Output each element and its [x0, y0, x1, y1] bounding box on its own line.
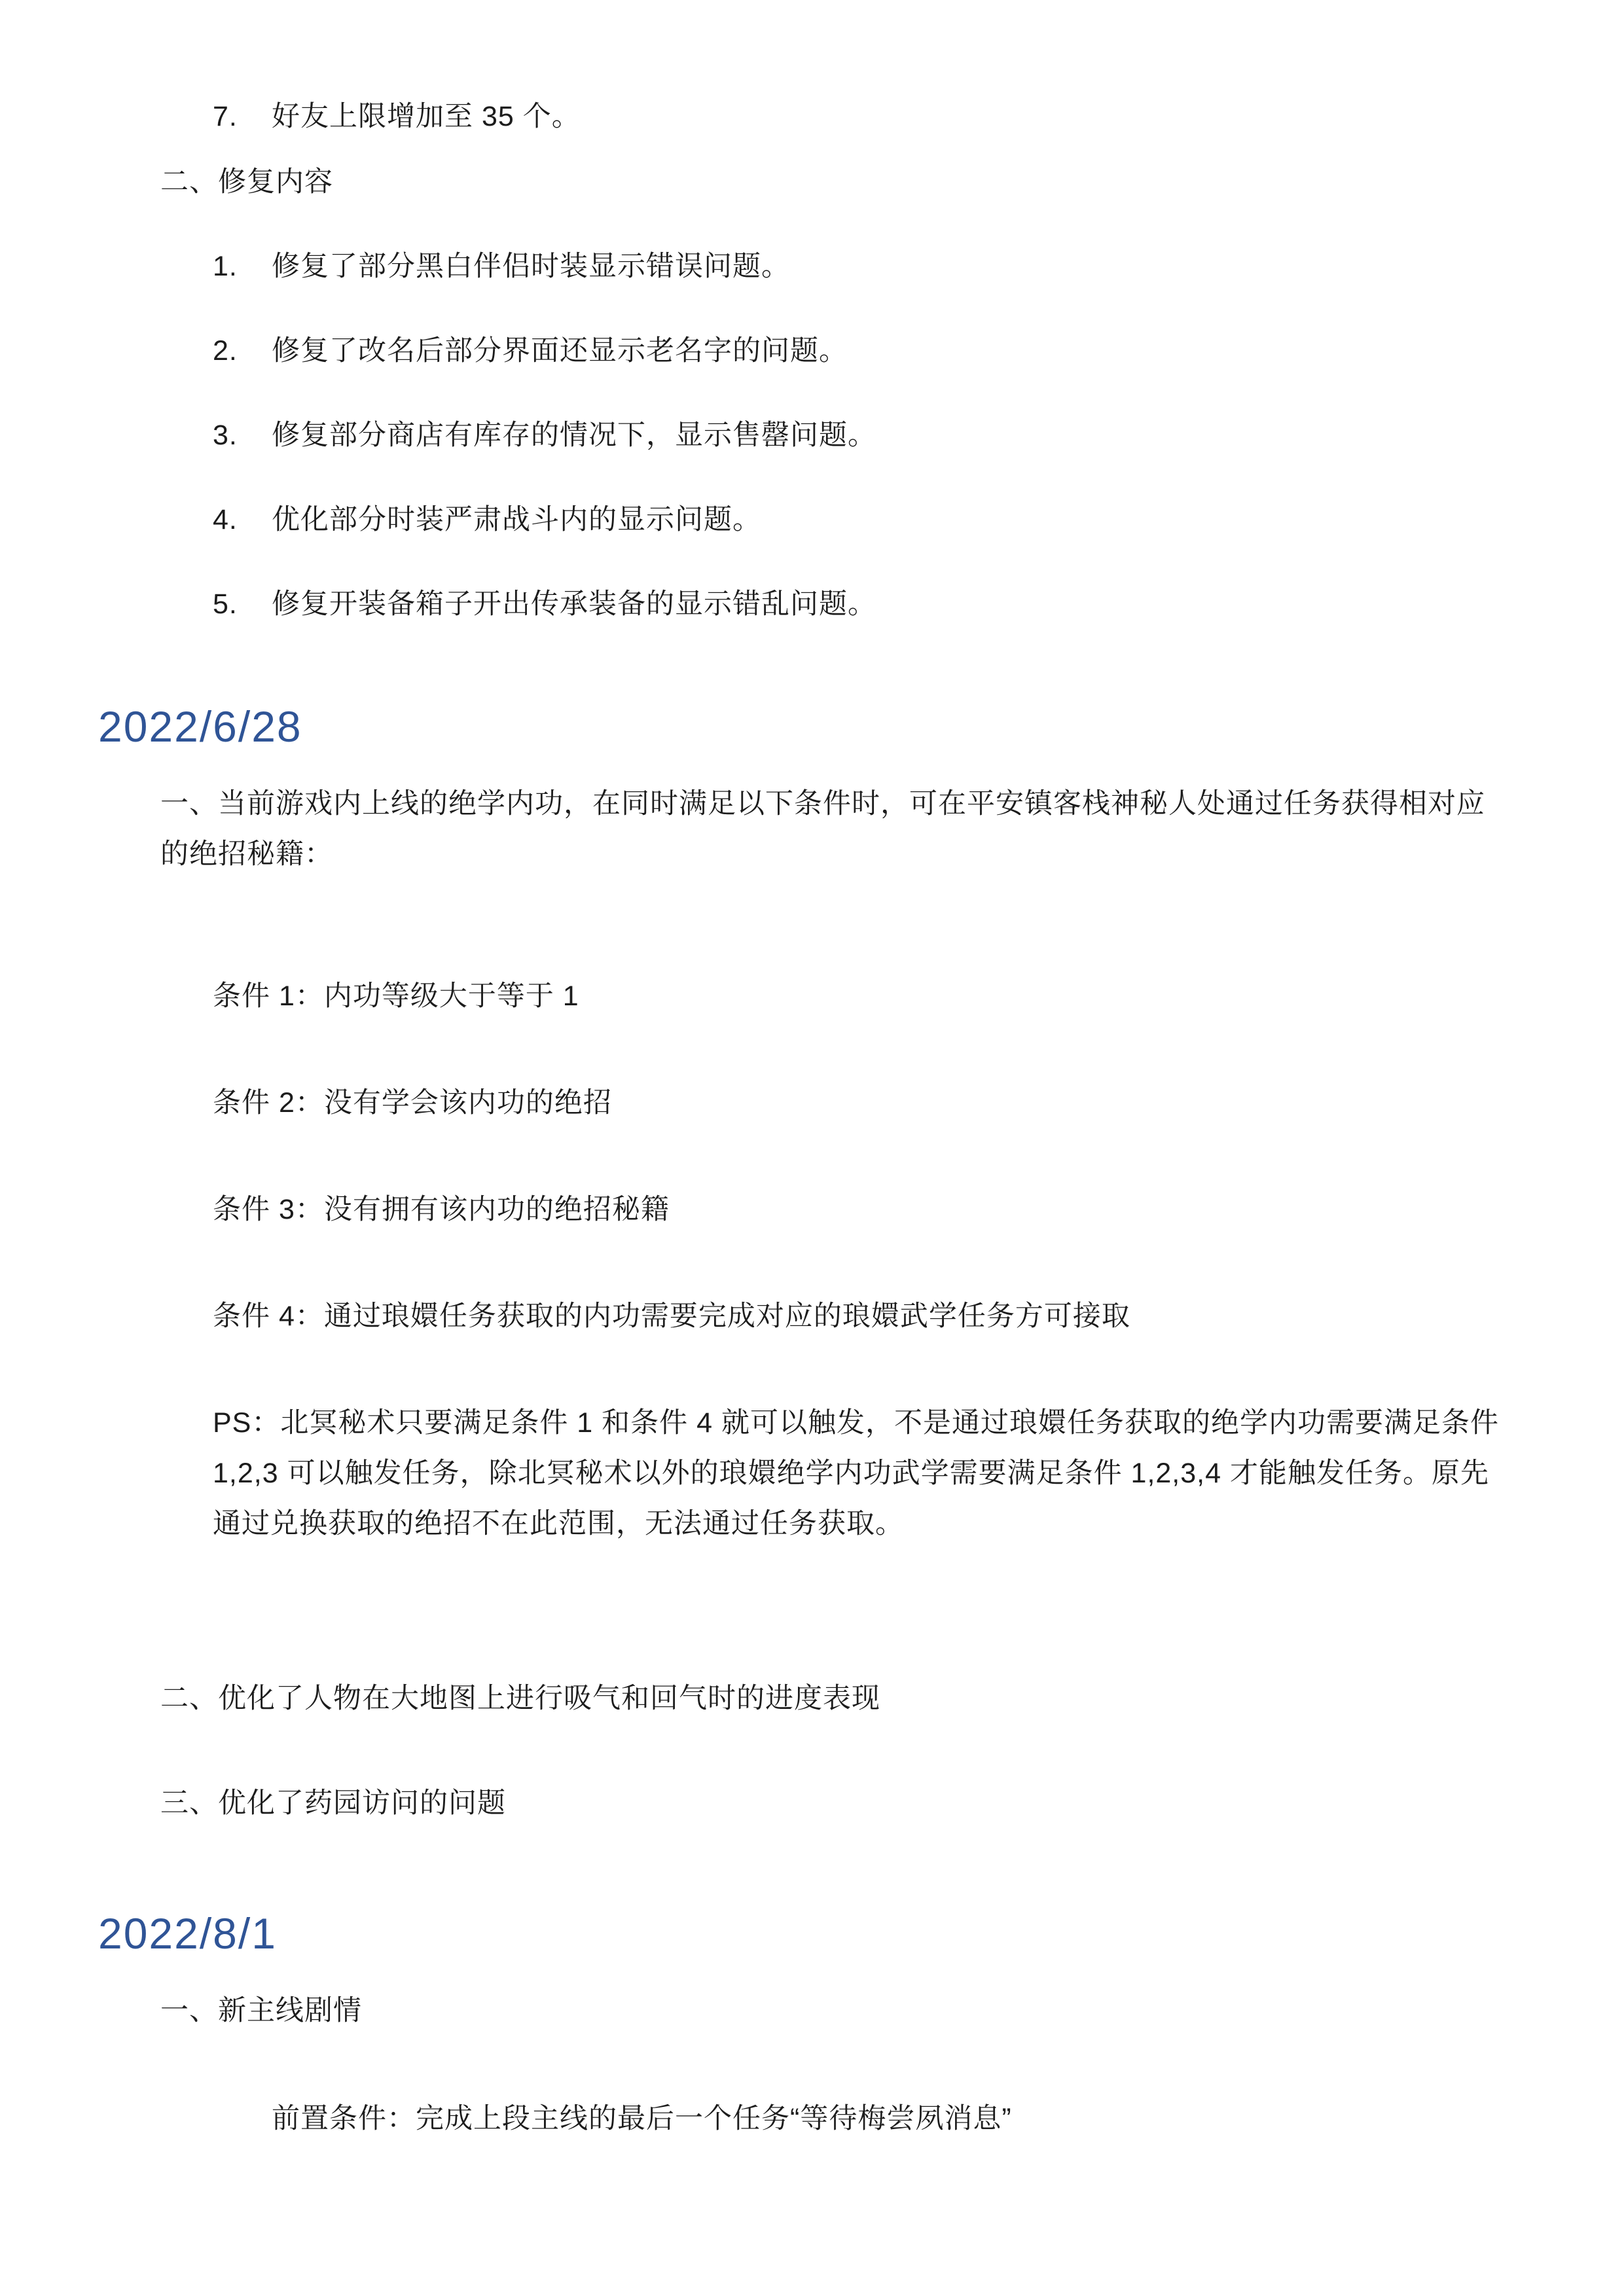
condition-line: 条件 4：通过琅嬛任务获取的内功需要完成对应的琅嬛武学任务方可接取 [213, 1291, 1522, 1342]
list-item-number: 1. [213, 242, 272, 292]
list-item-text: 修复了改名后部分界面还显示老名字的问题。 [272, 326, 1522, 376]
list-item-number: 5. [213, 579, 272, 630]
list-item-number: 4. [213, 495, 272, 545]
list-item-text: 优化部分时装严肃战斗内的显示问题。 [272, 495, 1522, 545]
paragraph-optimization-3: 三、优化了药园访问的问题 [160, 1778, 1506, 1829]
list-item: 7. 好友上限增加至 35 个。 [213, 92, 1522, 142]
paragraph-new-mainline: 一、新主线剧情 [160, 1986, 1506, 2036]
document-page: 7. 好友上限增加至 35 个。 二、修复内容 1. 修复了部分黑白伴侣时装显示… [0, 0, 1624, 2296]
section-heading-fixes: 二、修复内容 [160, 157, 1624, 207]
date-heading-2022-6-28: 2022/6/28 [98, 694, 1624, 759]
list-item-text: 好友上限增加至 35 个。 [272, 92, 1522, 142]
list-item: 3. 修复部分商店有库存的情况下，显示售罄问题。 [213, 410, 1522, 461]
list-item-number: 3. [213, 410, 272, 461]
condition-line: 条件 3：没有拥有该内功的绝招秘籍 [213, 1185, 1522, 1235]
list-item: 2. 修复了改名后部分界面还显示老名字的问题。 [213, 326, 1522, 376]
list-item-text: 修复开装备箱子开出传承装备的显示错乱问题。 [272, 579, 1522, 630]
date-heading-2022-8-1: 2022/8/1 [98, 1901, 1624, 1966]
condition-line: 条件 1：内功等级大于等于 1 [213, 971, 1522, 1022]
list-item-number: 7. [213, 92, 272, 142]
paragraph-ps-note: PS：北冥秘术只要满足条件 1 和条件 4 就可以触发，不是通过琅嬛任务获取的绝… [213, 1398, 1506, 1549]
condition-line: 条件 2：没有学会该内功的绝招 [213, 1078, 1522, 1128]
list-item-text: 修复部分商店有库存的情况下，显示售罄问题。 [272, 410, 1522, 461]
list-item: 5. 修复开装备箱子开出传承装备的显示错乱问题。 [213, 579, 1522, 630]
list-item: 1. 修复了部分黑白伴侣时装显示错误问题。 [213, 242, 1522, 292]
paragraph-prerequisite: 前置条件：完成上段主线的最后一个任务“等待梅尝夙消息” [272, 2094, 1515, 2144]
list-item: 4. 优化部分时装严肃战斗内的显示问题。 [213, 495, 1522, 545]
paragraph-optimization-2: 二、优化了人物在大地图上进行吸气和回气时的进度表现 [160, 1674, 1506, 1724]
paragraph-intro-secret-arts: 一、当前游戏内上线的绝学内功，在同时满足以下条件时，可在平安镇客栈神秘人处通过任… [160, 779, 1506, 880]
list-item-text: 修复了部分黑白伴侣时装显示错误问题。 [272, 242, 1522, 292]
list-item-number: 2. [213, 326, 272, 376]
